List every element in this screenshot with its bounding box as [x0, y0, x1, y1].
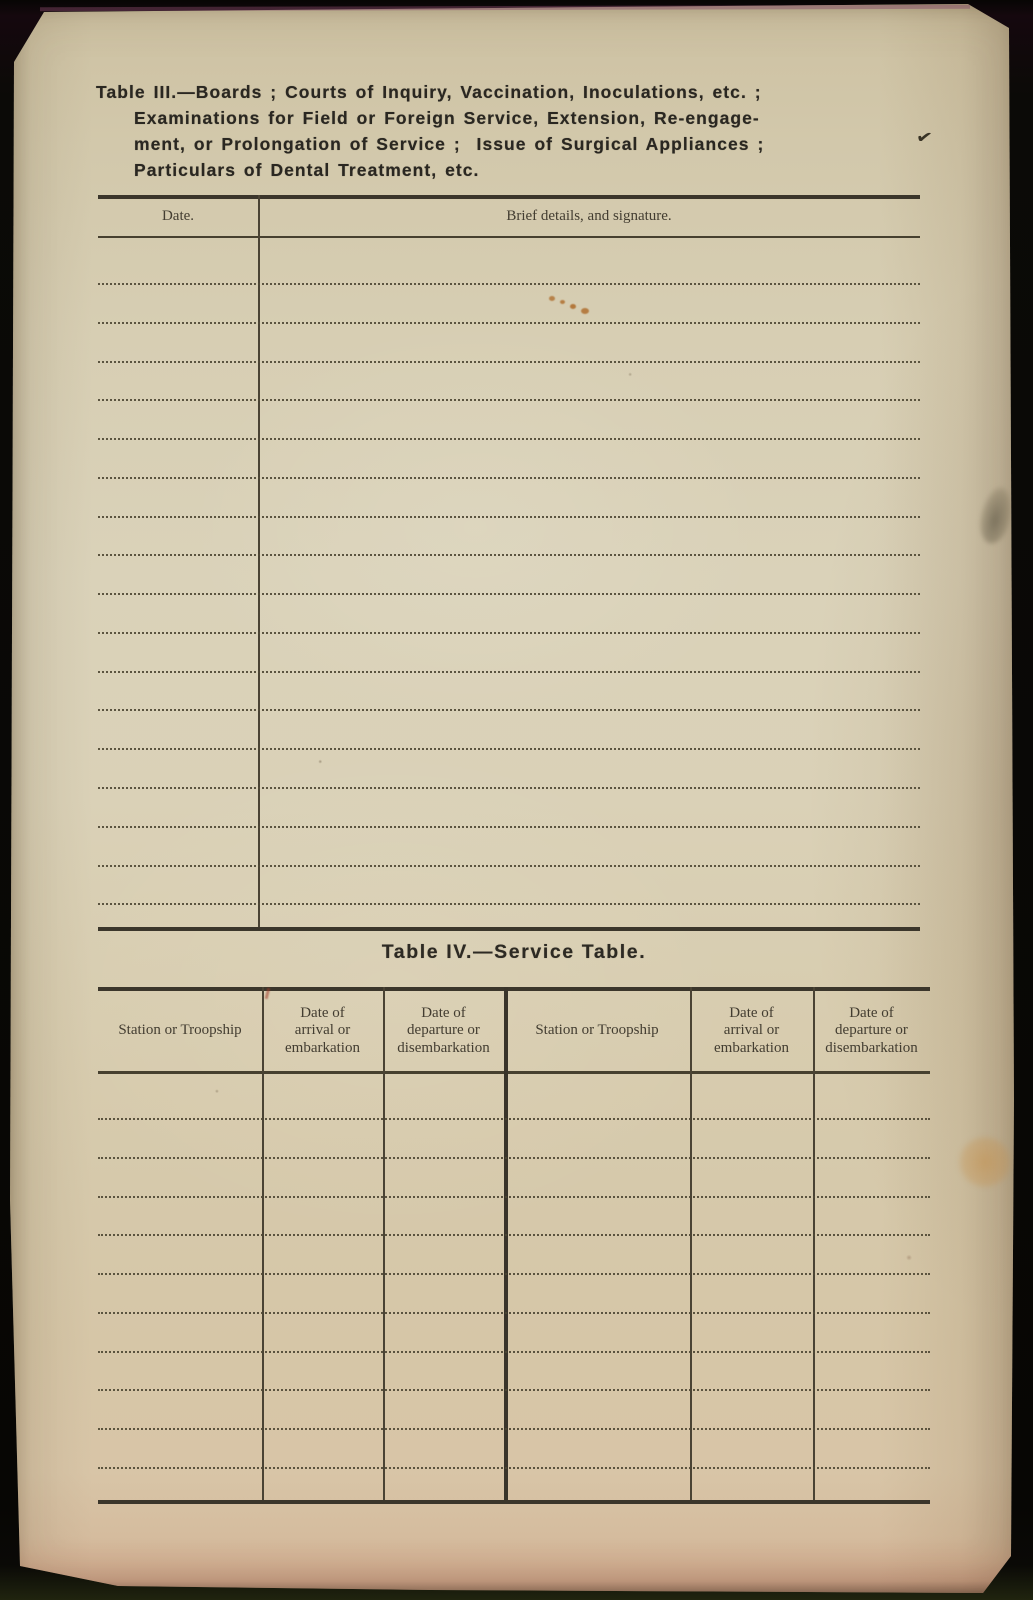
- table4-header-label-line: embarkation: [285, 1040, 360, 1058]
- table4-header-label: Date ofarrival orembarkation: [714, 1005, 789, 1058]
- table4-header-label-line: departure or: [825, 1022, 917, 1040]
- rust-speck: [570, 304, 576, 309]
- table4-title: Table IV.—Service Table.: [98, 941, 930, 964]
- table4-ruled-line: [98, 1428, 930, 1430]
- table3-header-label: Brief details, and signature.: [506, 208, 671, 226]
- heading-line: Table III.—Boards ; Courts of Inquiry, V…: [96, 79, 926, 105]
- table3-header-label: Date.: [162, 208, 194, 226]
- rust-speck: [581, 308, 589, 314]
- table3-ruled-line: [98, 399, 920, 401]
- table4-header-label-line: Station or Troopship: [535, 1022, 658, 1040]
- table3-ruled-line: [98, 322, 920, 324]
- table4-header-label-line: Date of: [825, 1005, 917, 1023]
- table4-header-cell: Date ofdeparture ordisembarkation: [813, 991, 930, 1071]
- table4-ruled-line: [98, 1196, 930, 1198]
- heading-line: Particulars of Dental Treatment, etc.: [134, 157, 926, 183]
- table4-header-label-line: Date of: [397, 1005, 489, 1023]
- table4-header-label: Date ofdeparture ordisembarkation: [397, 1005, 489, 1058]
- table3-header-cell: Brief details, and signature.: [258, 198, 920, 236]
- paper-texture: [0, 0, 1033, 1600]
- table4-header-label-line: disembarkation: [825, 1040, 917, 1058]
- table3-ruled-line: [98, 283, 920, 285]
- table4-header-cell: Date ofarrival orembarkation: [262, 991, 383, 1071]
- heading-line: Examinations for Field or Foreign Servic…: [134, 105, 926, 131]
- table3-ruled-line: [98, 477, 920, 479]
- table4-header-label-line: embarkation: [714, 1040, 789, 1058]
- table3-ruled-line: [98, 554, 920, 556]
- table3-ruled-line: [98, 826, 920, 828]
- table3-header-underline: [98, 236, 920, 238]
- rust-speck: [549, 296, 555, 301]
- table4-header-label-line: disembarkation: [397, 1040, 489, 1058]
- ink-checkmark: ✔: [915, 127, 934, 149]
- table3-bottom-border: [98, 927, 920, 931]
- table4-header-label-line: Station or Troopship: [118, 1022, 241, 1040]
- table4-header-label-line: Date of: [285, 1005, 360, 1023]
- table4-ruled-line: [98, 1467, 930, 1469]
- table3-ruled-line: [98, 593, 920, 595]
- table4-header-label-line: departure or: [397, 1022, 489, 1040]
- heading-line: ment, or Prolongation of Service ; Issue…: [134, 131, 926, 157]
- table4-header-label: Date ofarrival orembarkation: [285, 1005, 360, 1058]
- table3-ruled-line: [98, 787, 920, 789]
- table4-header-label-line: arrival or: [285, 1022, 360, 1040]
- table3-ruled-line: [98, 709, 920, 711]
- table3-header-cell: Date.: [98, 198, 258, 236]
- table4-header-label: Station or Troopship: [535, 1022, 658, 1040]
- table4-bottom-border: [98, 1500, 930, 1504]
- table4-header-label-line: Date of: [714, 1005, 789, 1023]
- table3-heading: Table III.—Boards ; Courts of Inquiry, V…: [96, 79, 926, 183]
- table4-ruled-line: [98, 1234, 930, 1236]
- table4-ruled-line: [98, 1273, 930, 1275]
- table3-ruled-line: [98, 748, 920, 750]
- table4-ruled-line: [98, 1157, 930, 1159]
- table3-ruled-line: [98, 361, 920, 363]
- ink-smudge-stain: [975, 484, 1016, 547]
- table4-header-underline: [98, 1071, 930, 1074]
- table3-ruled-line: [98, 865, 920, 867]
- table4-top-border: [98, 987, 930, 991]
- table4-header-label: Station or Troopship: [118, 1022, 241, 1040]
- table4-header-cell: Date ofdeparture ordisembarkation: [383, 991, 504, 1071]
- rust-speck: [560, 300, 565, 304]
- table4-ruled-line: [98, 1351, 930, 1353]
- table3-ruled-line: [98, 632, 920, 634]
- table4-header-cell: Station or Troopship: [98, 991, 262, 1071]
- table4-header-label-line: arrival or: [714, 1022, 789, 1040]
- table3-ruled-line: [98, 438, 920, 440]
- scanned-page-photo: Table III.—Boards ; Courts of Inquiry, V…: [0, 0, 1033, 1600]
- table3-ruled-line: [98, 903, 920, 905]
- table4-ruled-line: [98, 1389, 930, 1391]
- table4-header-cell: Date ofarrival orembarkation: [690, 991, 813, 1071]
- table4-ruled-line: [98, 1118, 930, 1120]
- page-curl-shadow: [0, 1536, 1033, 1594]
- table3-column-divider: [258, 195, 260, 927]
- table4-header-label: Date ofdeparture ordisembarkation: [825, 1005, 917, 1058]
- paper-sheet: Table III.—Boards ; Courts of Inquiry, V…: [0, 0, 1033, 1600]
- orange-stain: [956, 1136, 1014, 1188]
- table4-header-cell: Station or Troopship: [504, 991, 690, 1071]
- table3-ruled-line: [98, 516, 920, 518]
- table3-ruled-line: [98, 671, 920, 673]
- table4-ruled-line: [98, 1312, 930, 1314]
